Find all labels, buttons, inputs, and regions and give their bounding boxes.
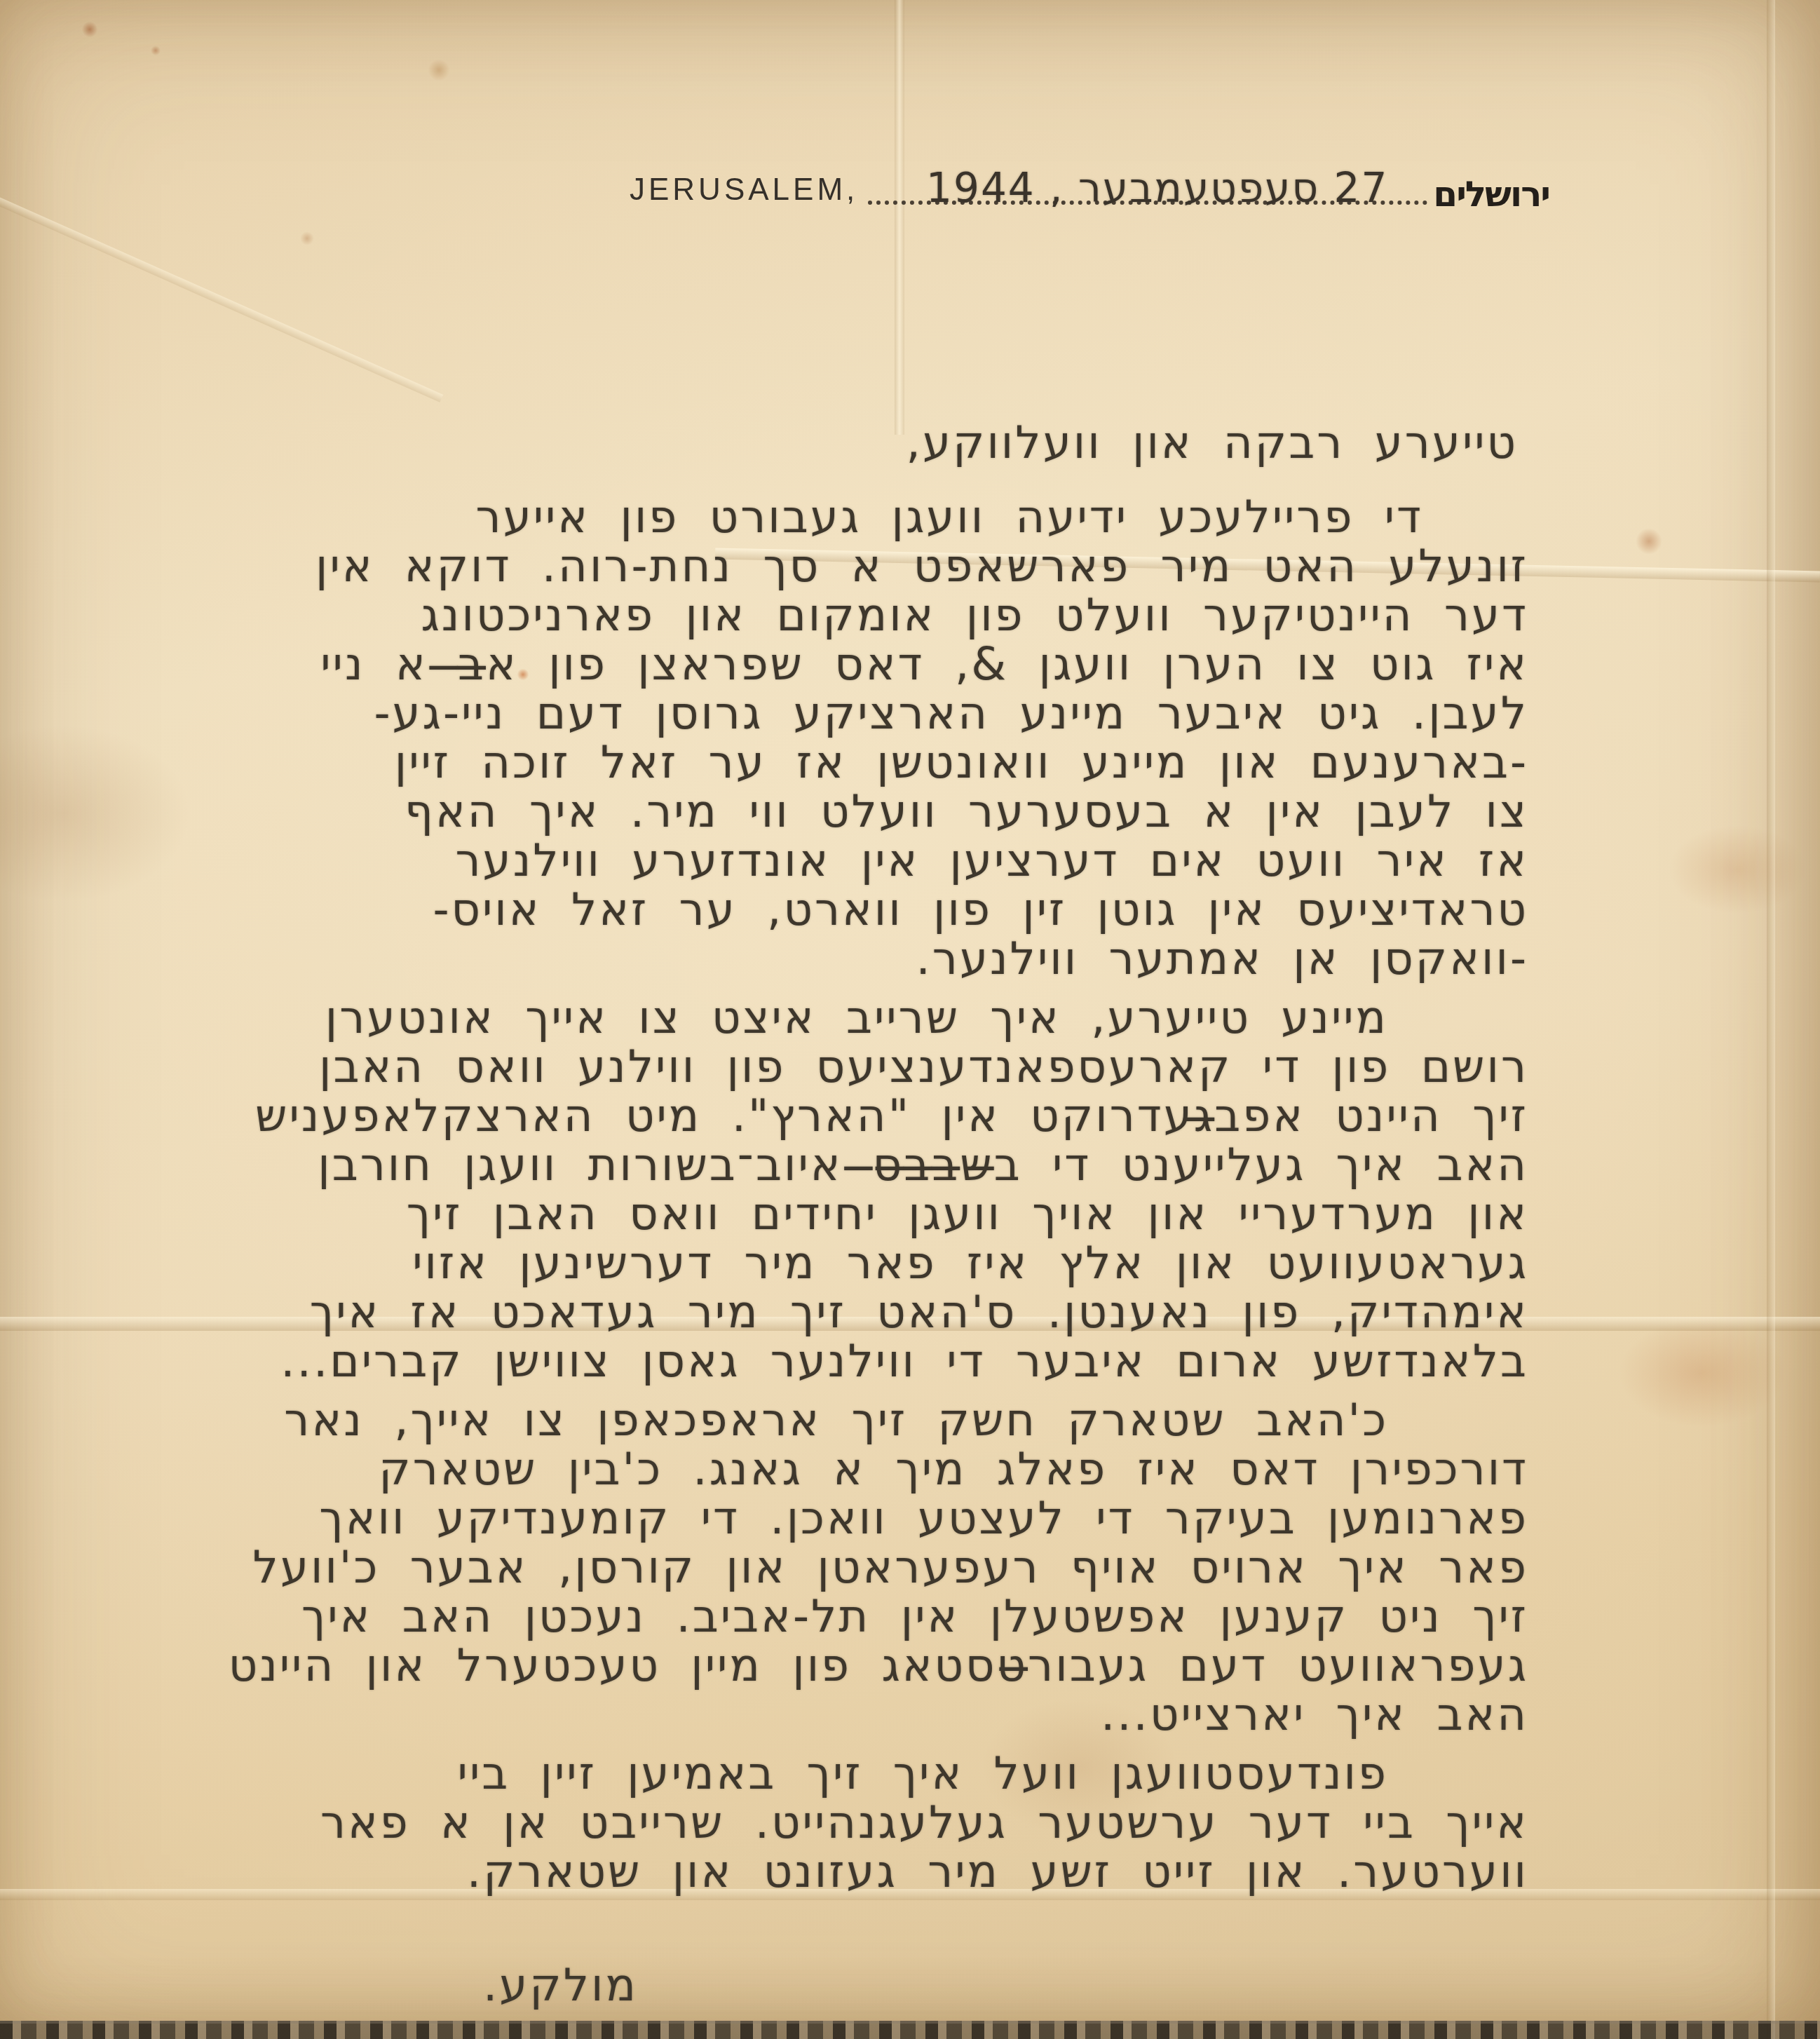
signature: מולקע. xyxy=(175,1961,1528,2010)
paragraph-3: כ'האב שטארק חשק זיך אראפכאפן צו אייך, נא… xyxy=(175,1396,1528,1740)
paper-crease xyxy=(895,0,904,435)
paragraph-2: מיינע טייערע, איך שרייב איצט צו אייך אונ… xyxy=(175,994,1528,1386)
paper-crease xyxy=(1767,0,1775,2039)
typed-date: 27 סעפטעמבער , 1944 xyxy=(926,164,1388,212)
paper-crease xyxy=(0,195,443,402)
scan-edge-bottom xyxy=(0,2021,1820,2039)
paragraph-4: פונדעסטוועגן וועל איך זיך באמיען זיין בי… xyxy=(175,1749,1528,1897)
salutation: טייערע רבקה און וועלווקע, xyxy=(175,419,1528,468)
paragraph-1: די פריילעכע ידיעה וועגן געבורט פון אייער… xyxy=(175,493,1528,984)
letterhead-date-line: 27 סעפטעמבער , 1944 xyxy=(868,153,1427,205)
letter-page: JERUSALEM, 27 סעפטעמבער , 1944 ירושלים ט… xyxy=(0,0,1820,2039)
letterhead-city-latin: JERUSALEM, xyxy=(630,172,858,213)
letterhead-city-hebrew: ירושלים xyxy=(1433,177,1549,212)
letterhead: JERUSALEM, 27 סעפטעמבער , 1944 ירושלים xyxy=(630,153,1549,213)
letter-body: טייערע רבקה און וועלווקע, די פריילעכע יד… xyxy=(175,419,1528,2010)
